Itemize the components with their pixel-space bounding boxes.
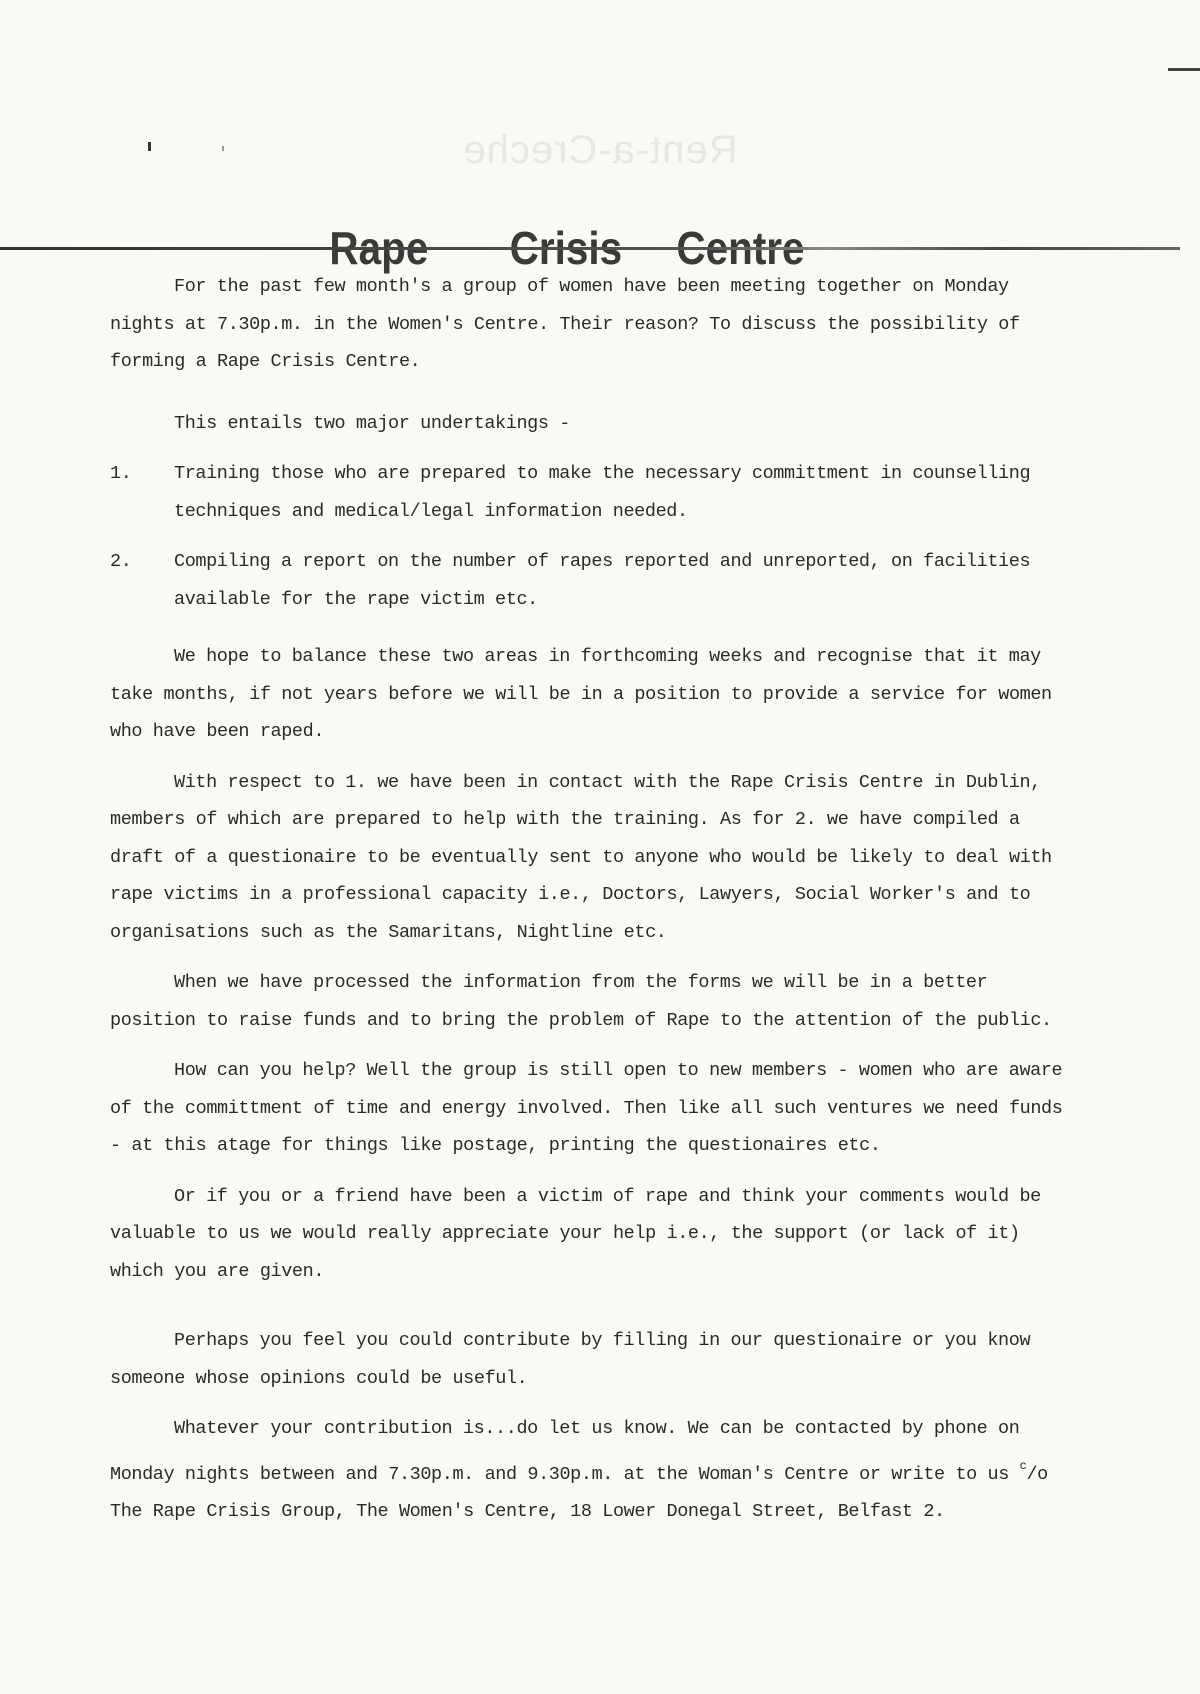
bleed-through-text: Rent-a-Creche <box>0 128 1200 173</box>
article-body: For the past few month's a group of wome… <box>110 268 1070 1544</box>
list-number: 2. <box>110 543 131 581</box>
list-item: 1. Training those who are prepared to ma… <box>110 455 1070 530</box>
paragraph-dublin: With respect to 1. we have been in conta… <box>110 764 1070 952</box>
edge-mark <box>1168 68 1200 71</box>
list-text: Compiling a report on the number of rape… <box>174 551 1030 610</box>
paragraph-balance: We hope to balance these two areas in fo… <box>110 638 1070 751</box>
paragraph-contact: Whatever your contribution is...do let u… <box>110 1410 1070 1531</box>
paragraph-undertakings: This entails two major undertakings - <box>110 405 1070 443</box>
paragraph-help: How can you help? Well the group is stil… <box>110 1052 1070 1165</box>
title-rule <box>0 247 1180 250</box>
paragraph-intro: For the past few month's a group of wome… <box>110 268 1070 381</box>
paragraph-victims: Or if you or a friend have been a victim… <box>110 1178 1070 1291</box>
list-item: 2. Compiling a report on the number of r… <box>110 543 1070 618</box>
scan-speck <box>148 142 151 151</box>
paragraph-processing: When we have processed the information f… <box>110 964 1070 1039</box>
list-text: Training those who are prepared to make … <box>174 463 1030 522</box>
scan-speck <box>222 146 224 151</box>
list-number: 1. <box>110 455 131 493</box>
paragraph-questionaire: Perhaps you feel you could contribute by… <box>110 1322 1070 1397</box>
